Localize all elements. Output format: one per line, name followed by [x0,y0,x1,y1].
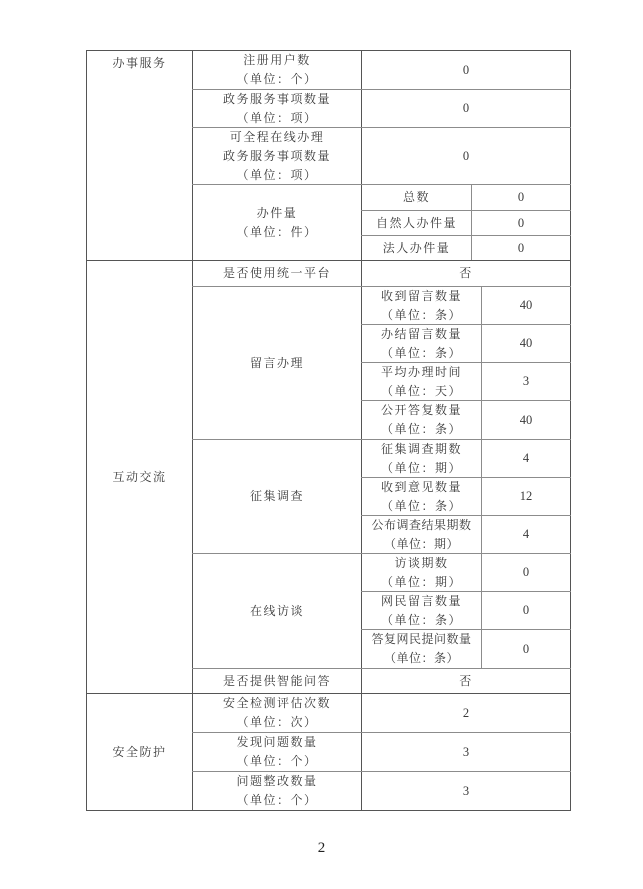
sub-metric-value: 40 [482,325,570,362]
metric-label: 是否使用统一平台 [193,261,361,286]
sub-metric-label: 总数 [362,185,471,210]
group-label: 在线访谈 [193,554,361,668]
sub-metric-value: 4 [482,516,570,553]
sub-metric-value: 4 [482,440,570,477]
value-text: 0 [518,188,524,207]
sub-metric-label: 办结留言数量（单位：条） [362,325,481,362]
label-text: 政务服务事项数量 [223,147,331,166]
sub-metric-label: 答复网民提问数量（单位：条） [362,630,481,668]
sub-metric-label: 平均办理时间（单位：天） [362,363,481,400]
sub-metric-label: 公开答复数量（单位：条） [362,401,481,439]
unit-text: （单位：件） [236,223,317,242]
value-text: 0 [463,99,469,118]
label-text: 可全程在线办理 [230,128,325,147]
unit-text: （单位：条） [381,306,462,325]
unit-text: （单位：个） [236,752,317,771]
sub-metric-value: 0 [472,211,570,235]
section-title-text: 办事服务 [112,54,166,73]
unit-text: （单位：天） [381,382,462,401]
sub-metric-value: 0 [472,236,570,260]
sub-metric-label: 公布调查结果期数（单位：期） [362,516,481,553]
sub-metric-value: 0 [472,185,570,210]
section-title-text: 安全防护 [112,743,166,762]
section-title: 办事服务 [87,51,192,71]
label-text: 公布调查结果期数 [371,516,471,535]
label-text: 总数 [403,188,430,207]
unit-text: （单位：期） [384,535,459,554]
sub-metric-value: 3 [482,363,570,400]
metric-value: 否 [362,261,570,286]
sub-metric-value: 40 [482,401,570,439]
sub-metric-value: 0 [482,630,570,668]
value-text: 0 [518,214,524,233]
label-text: 办件量 [257,204,298,223]
value-text: 0 [523,563,529,582]
sub-metric-label: 网民留言数量（单位：条） [362,592,481,629]
group-label: 留言办理 [193,287,361,439]
metric-value: 0 [362,128,570,184]
value-text: 3 [463,782,469,801]
label-text: 办结留言数量 [381,325,462,344]
label-text: 政务服务事项数量 [223,90,331,109]
value-text: 3 [523,372,529,391]
label-text: 注册用户数 [243,51,311,70]
label-text: 法人办件量 [383,239,451,258]
section-title-text: 互动交流 [112,468,166,487]
unit-text: （单位：条） [381,420,462,439]
label-text: 安全检测评估次数 [223,694,331,713]
section-title: 安全防护 [87,694,192,810]
unit-text: （单位：次） [236,713,317,732]
label-text: 收到意见数量 [381,478,462,497]
sub-metric-value: 0 [482,554,570,591]
table-border-bottom [86,810,571,811]
unit-text: （单位：项） [236,166,317,185]
value-text: 0 [523,601,529,620]
label-text: 平均办理时间 [381,363,462,382]
value-text: 40 [520,334,533,353]
sub-metric-label: 收到意见数量（单位：条） [362,478,481,515]
label-text: 访谈期数 [394,554,448,573]
unit-text: （单位：条） [381,344,462,363]
metric-label: 是否提供智能问答 [193,669,361,693]
unit-text: （单位：个） [236,70,317,89]
sub-metric-label: 征集调查期数（单位：期） [362,440,481,477]
label-text: 网民留言数量 [381,592,462,611]
sub-metric-label: 收到留言数量（单位：条） [362,287,481,324]
value-text: 否 [459,264,473,283]
label-text: 收到留言数量 [381,287,462,306]
label-text: 自然人办件量 [376,214,457,233]
label-text: 问题整改数量 [236,772,317,791]
sub-metric-value: 40 [482,287,570,324]
sub-metric-value: 0 [482,592,570,629]
unit-text: （单位：项） [236,109,317,128]
table-border-right [570,50,571,811]
value-text: 否 [459,672,473,691]
label-text: 征集调查期数 [381,440,462,459]
value-text: 40 [520,296,533,315]
label-text: 留言办理 [250,354,304,373]
value-text: 0 [523,640,529,659]
metric-value: 0 [362,90,570,127]
label-text: 是否提供智能问答 [223,672,331,691]
metric-value: 0 [362,51,570,89]
metric-label: 发现问题数量（单位：个） [193,733,361,771]
value-text: 0 [518,239,524,258]
label-text: 发现问题数量 [236,733,317,752]
unit-text: （单位：条） [381,611,462,630]
metric-label: 政务服务事项数量 （单位：项） [193,90,361,127]
value-text: 0 [463,61,469,80]
unit-text: （单位：条） [381,497,462,516]
metric-label: 注册用户数 （单位：个） [193,51,361,89]
page-number: 2 [0,840,643,857]
label-text: 是否使用统一平台 [223,264,331,283]
value-text: 3 [463,743,469,762]
group-label: 征集调查 [193,440,361,553]
sub-metric-label: 法人办件量 [362,236,471,260]
value-text: 4 [523,525,529,544]
unit-text: （单位：期） [381,573,462,592]
label-text: 在线访谈 [250,602,304,621]
metric-value: 3 [362,733,570,771]
metric-value: 2 [362,694,570,732]
unit-text: （单位：条） [384,649,459,668]
section-title: 互动交流 [87,261,192,693]
sub-metric-label: 访谈期数（单位：期） [362,554,481,591]
document-page: 办事服务 注册用户数 （单位：个） 0 政务服务事项数量 （单位：项） 0 可全… [0,0,643,889]
unit-text: （单位：期） [381,459,462,478]
label-text: 答复网民提问数量 [371,630,471,649]
value-text: 40 [520,411,533,430]
value-text: 4 [523,449,529,468]
metric-value: 否 [362,669,570,693]
metric-label: 安全检测评估次数（单位：次） [193,694,361,732]
value-text: 0 [463,147,469,166]
metric-label: 可全程在线办理 政务服务事项数量 （单位：项） [193,128,361,184]
sub-metric-value: 12 [482,478,570,515]
value-text: 2 [463,704,469,723]
metric-value: 3 [362,772,570,810]
label-text: 公开答复数量 [381,401,462,420]
handling-label: 办件量 （单位：件） [193,185,361,260]
unit-text: （单位：个） [236,791,317,810]
label-text: 征集调查 [250,487,304,506]
sub-metric-label: 自然人办件量 [362,211,471,235]
metric-label: 问题整改数量（单位：个） [193,772,361,810]
value-text: 12 [520,487,533,506]
